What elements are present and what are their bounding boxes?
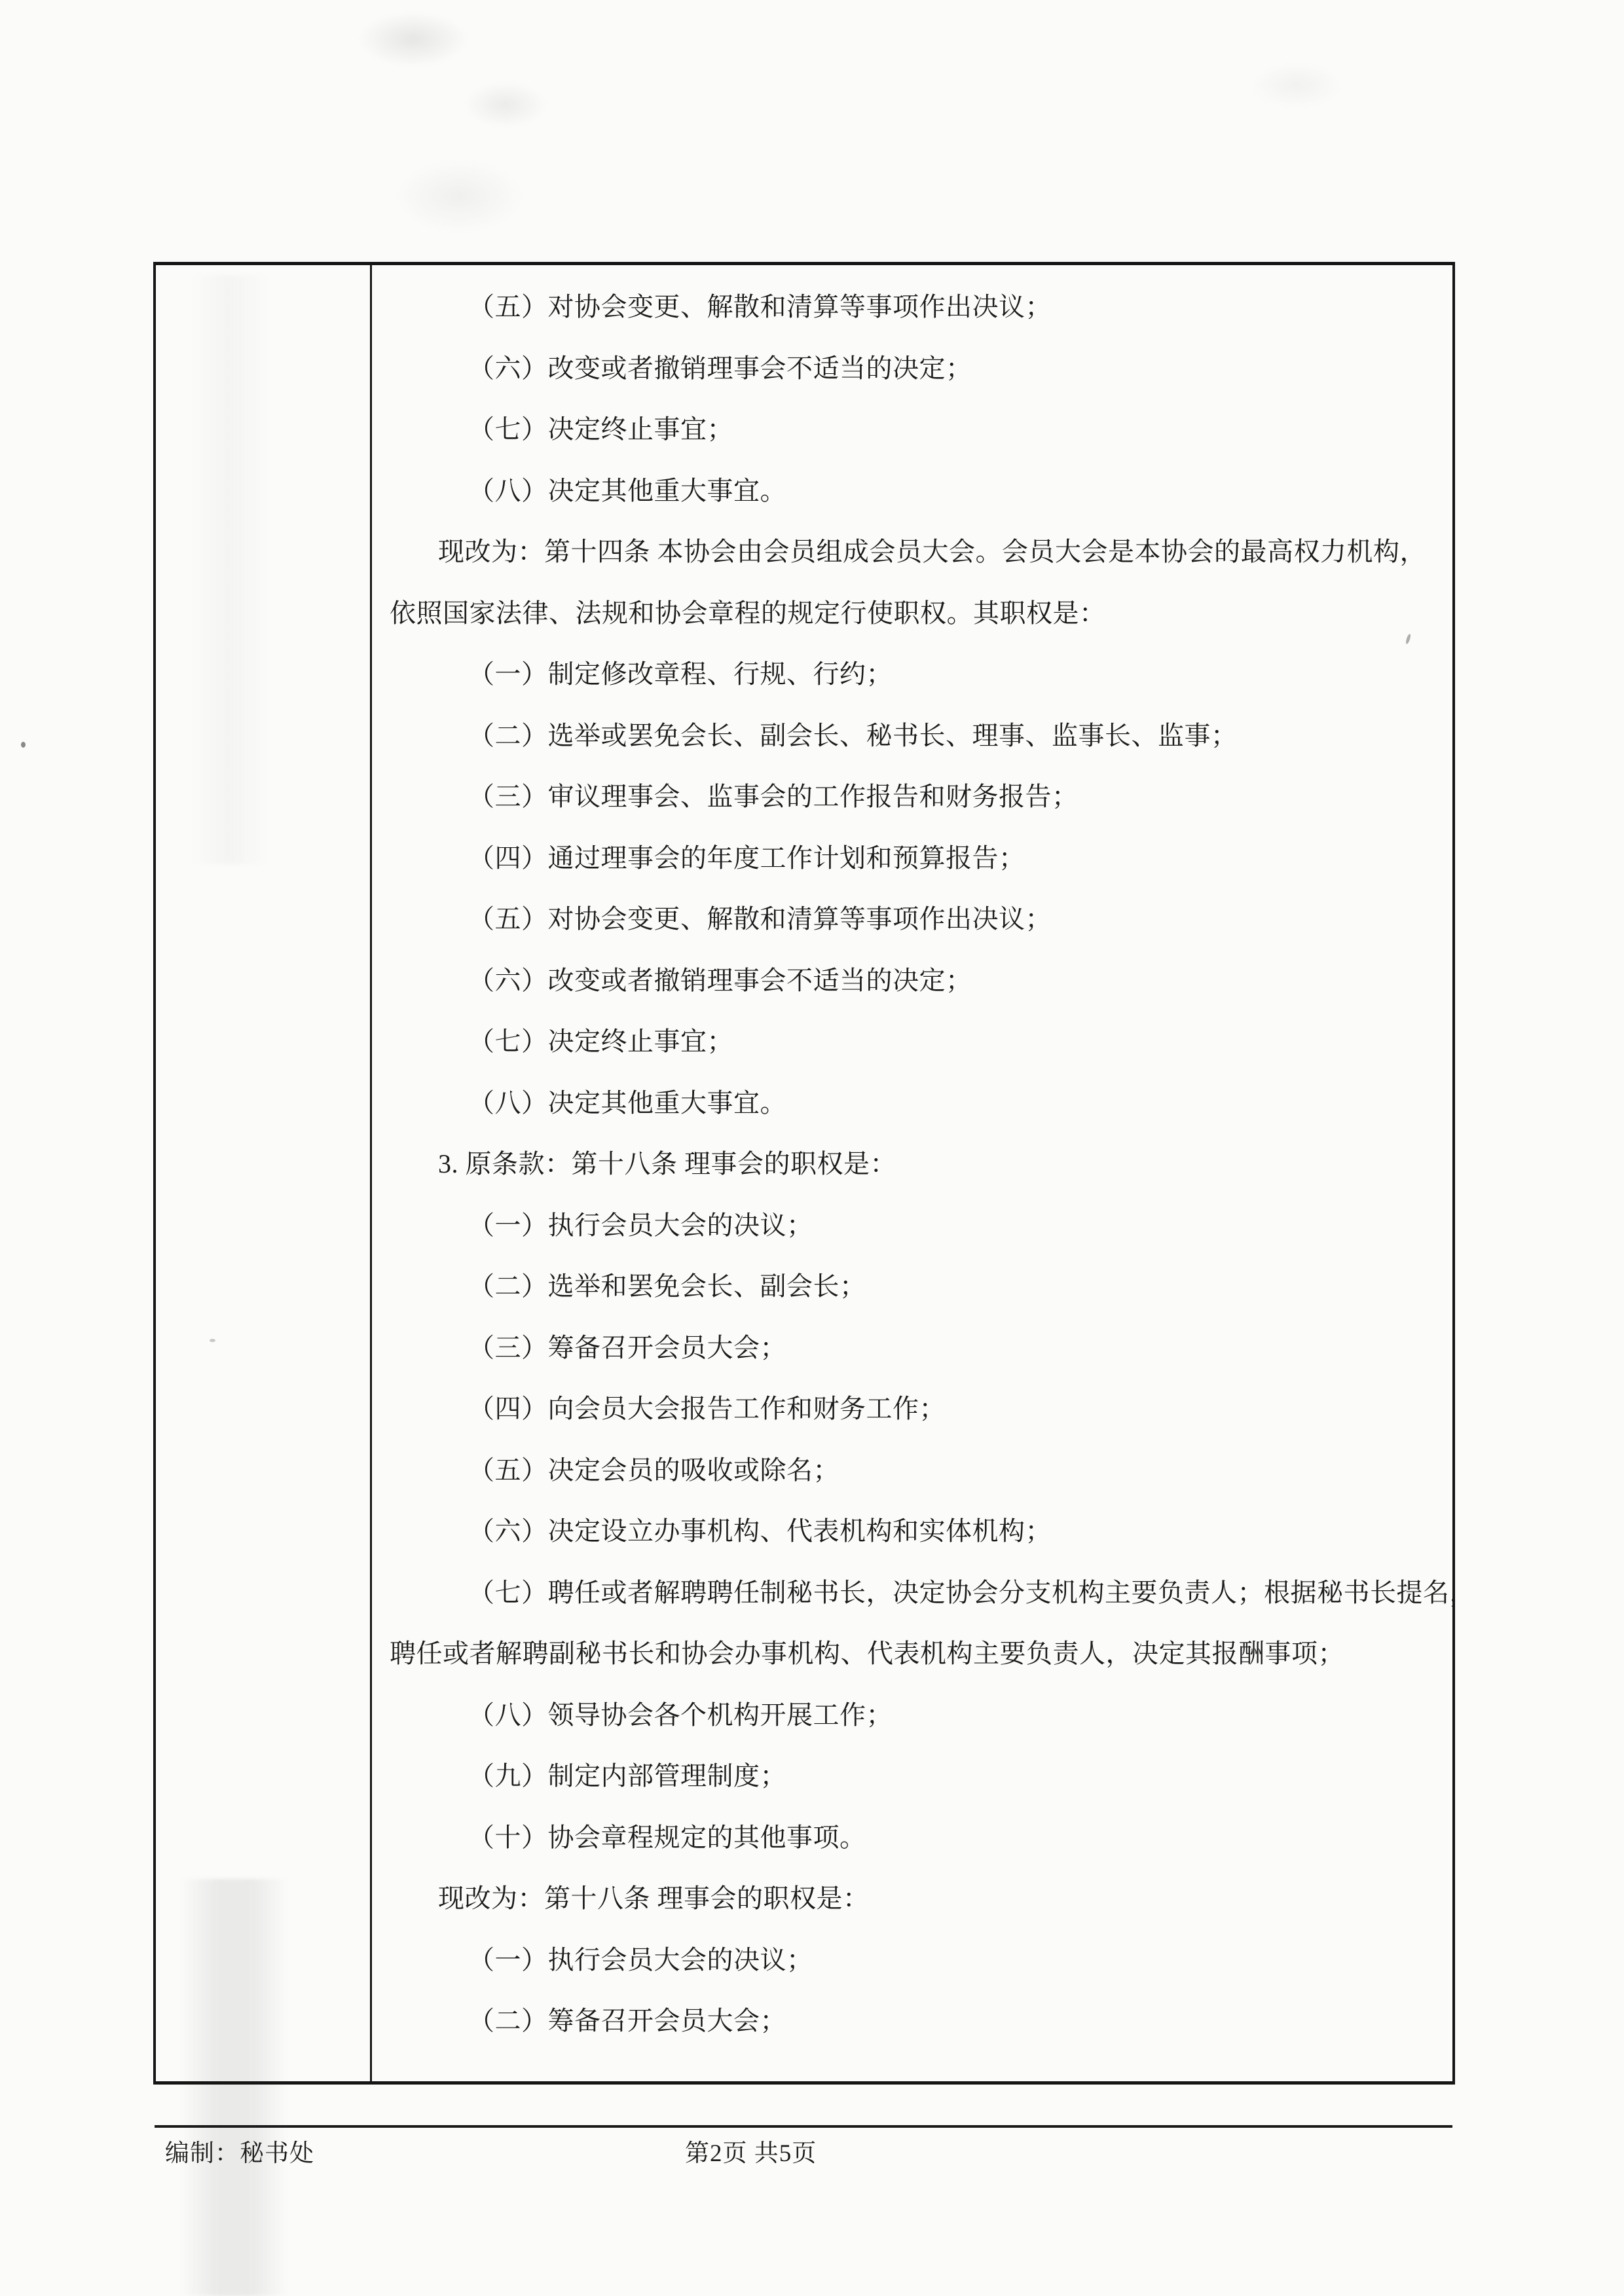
table-text-line: （六）改变或者撤销理事会不适当的决定； bbox=[372, 338, 1452, 399]
table-text-line: （四）向会员大会报告工作和财务工作； bbox=[372, 1378, 1452, 1440]
table-text-line: （九）制定内部管理制度； bbox=[372, 1745, 1452, 1807]
table-text-line: （一）执行会员大会的决议； bbox=[372, 1195, 1452, 1256]
table-left-column bbox=[156, 265, 372, 2081]
footer-prepared-by: 编制：秘书处 bbox=[165, 2133, 314, 2168]
table-text-line: （三）筹备召开会员大会； bbox=[372, 1317, 1452, 1379]
table-text-line: 现改为：第十八条 理事会的职权是： bbox=[372, 1868, 1452, 1929]
table-text-line: 现改为：第十四条 本协会由会员组成会员大会。会员大会是本协会的最高权力机构， bbox=[372, 521, 1452, 583]
table-text-line: 依照国家法律、法规和协会章程的规定行使职权。其职权是： bbox=[372, 583, 1452, 644]
table-text-line: （一）执行会员大会的决议； bbox=[372, 1929, 1452, 1991]
scan-speck bbox=[21, 742, 26, 748]
table-text-line: （十）协会章程规定的其他事项。 bbox=[372, 1807, 1452, 1868]
table-text-line: （八）决定其他重大事宜。 bbox=[372, 460, 1452, 522]
table-text-line: （六）决定设立办事机构、代表机构和实体机构； bbox=[372, 1501, 1452, 1562]
table-text-line: （五）决定会员的吸收或除名； bbox=[372, 1440, 1452, 1501]
table-text-lines: （五）对协会变更、解散和清算等事项作出决议；（六）改变或者撤销理事会不适当的决定… bbox=[372, 276, 1452, 2052]
scanned-document-page: （五）对协会变更、解散和清算等事项作出决议；（六）改变或者撤销理事会不适当的决定… bbox=[0, 0, 1624, 2296]
table-text-line: （一）制定修改章程、行规、行约； bbox=[372, 644, 1452, 705]
table-text-line: （八）决定其他重大事宜。 bbox=[372, 1072, 1452, 1134]
table-text-line: （三）审议理事会、监事会的工作报告和财务报告； bbox=[372, 766, 1452, 828]
footer-rule bbox=[155, 2125, 1452, 2128]
table-text-line: （五）对协会变更、解散和清算等事项作出决议； bbox=[372, 888, 1452, 950]
table-right-column: （五）对协会变更、解散和清算等事项作出决议；（六）改变或者撤销理事会不适当的决定… bbox=[372, 265, 1452, 2081]
footer-page-number: 第2页 共5页 bbox=[685, 2133, 817, 2168]
table-text-line: （六）改变或者撤销理事会不适当的决定； bbox=[372, 950, 1452, 1011]
table-text-line: （二）选举和罢免会长、副会长； bbox=[372, 1256, 1452, 1317]
table-text-line: （七）聘任或者解聘聘任制秘书长，决定协会分支机构主要负责人；根据秘书长提名， bbox=[372, 1562, 1452, 1624]
table-text-line: （四）通过理事会的年度工作计划和预算报告； bbox=[372, 828, 1452, 889]
table-text-line: （七）决定终止事宜； bbox=[372, 399, 1452, 460]
table-text-line: （五）对协会变更、解散和清算等事项作出决议； bbox=[372, 276, 1452, 338]
scan-smudge-top bbox=[321, 0, 629, 262]
revision-table: （五）对协会变更、解散和清算等事项作出决议；（六）改变或者撤销理事会不适当的决定… bbox=[153, 262, 1455, 2085]
table-text-line: 3. 原条款：第十八条 理事会的职权是： bbox=[372, 1133, 1452, 1195]
table-text-line: （二）筹备召开会员大会； bbox=[372, 1990, 1452, 2052]
scan-smudge-right bbox=[1211, 26, 1382, 144]
table-text-line: （二）选举或罢免会长、副会长、秘书长、理事、监事长、监事； bbox=[372, 705, 1452, 767]
table-text-line: 聘任或者解聘副秘书长和协会办事机构、代表机构主要负责人，决定其报酬事项； bbox=[372, 1623, 1452, 1685]
table-text-line: （八）领导协会各个机构开展工作； bbox=[372, 1685, 1452, 1746]
table-text-line: （七）决定终止事宜； bbox=[372, 1011, 1452, 1072]
